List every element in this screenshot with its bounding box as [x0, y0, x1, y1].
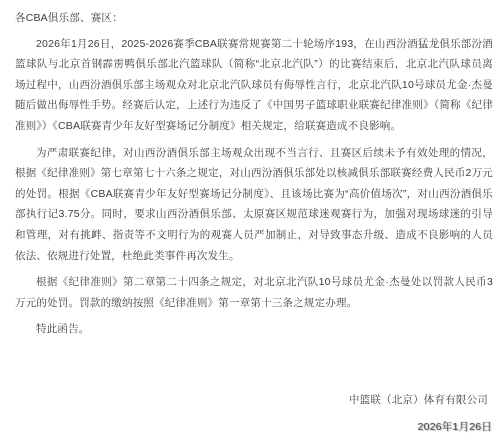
notice-document: 各CBA俱乐部、赛区： 2026年1月26日，2025-2026赛季CBA联赛常…	[0, 0, 500, 440]
paragraph-incident: 2026年1月26日，2025-2026赛季CBA联赛常规赛第二十轮场序193，…	[15, 34, 493, 137]
closing-phrase: 特此函告。	[15, 319, 493, 340]
issue-date: 2026年1月26日	[349, 417, 492, 438]
salutation: 各CBA俱乐部、赛区：	[15, 8, 493, 29]
signature-block: 中篮联（北京）体育有限公司 2026年1月26日	[349, 390, 492, 437]
paragraph-player-penalty: 根据《纪律准则》第二章第二十四条之规定，对北京北汽队10号球员尤金·杰曼处以罚款…	[15, 272, 493, 313]
paragraph-club-penalty: 为严肃联赛纪律，对山西汾酒俱乐部主场观众出现不当言行、且赛区后续未予有效处理的情…	[15, 143, 493, 267]
issuer-name: 中篮联（北京）体育有限公司	[349, 390, 492, 411]
